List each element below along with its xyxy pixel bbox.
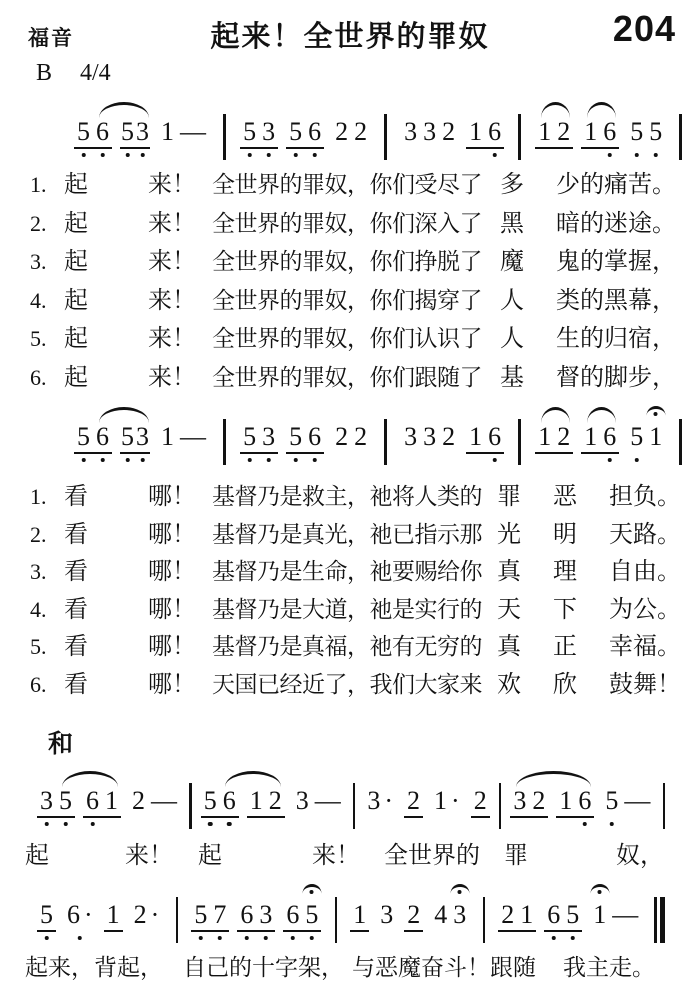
verse-row: 5.起来！全世界的罪奴，你们认识了人生的归宿， [0,321,700,360]
measure: 56123— [197,770,348,818]
beam-group: 16 [466,117,504,149]
measure: 33216 [397,406,508,454]
note: 3 [256,900,275,930]
lyric-syllable: 真 [497,554,521,590]
note-group: 51 [627,422,665,454]
beam-group: 2 [404,786,423,818]
verse-number: 4. [30,283,47,319]
lyric-syllable: 起 [64,283,88,319]
lyric-syllable: 起 [25,838,49,874]
verse-row: 3.起来！全世界的罪奴，你们挣脱了魔鬼的掌握， [0,244,700,283]
verse-number: 1. [30,479,47,515]
lyric-syllable: 基 [500,360,524,396]
note: 5 [56,786,75,816]
note: 3 [510,786,529,816]
beam-group: 12 [535,422,573,454]
note: 2 [404,786,423,816]
lyric-syllable: 起 [64,244,88,280]
augmentation-dot: · [84,900,93,929]
beam-group: 53 [120,117,150,149]
note: 6 [600,117,619,147]
note-group: 332 [401,422,458,454]
lyric-phrase: 我主走。 [563,950,655,986]
verse-block-1: 1.起来！全世界的罪奴，你们受尽了多少的痛苦。 2.起来！全世界的罪奴，你们深入… [0,167,700,398]
lyric-syllable: 明 [553,517,577,553]
note: 3 [37,786,56,816]
barline [353,783,356,829]
barline [189,783,192,829]
note: 1 [590,900,609,930]
note: 6 [600,422,619,452]
slur-arc [225,771,281,787]
note: 4 [431,900,450,930]
beam-group: 16 [466,422,504,454]
note: 5 [120,422,135,452]
lyric-phrase: 担负。 [609,479,681,515]
dash-note: — [312,786,344,816]
note-group: 5— [602,786,653,818]
time-signature: 4/4 [80,60,111,86]
lyric-syllable: 起 [64,321,88,357]
measure: 33216 [397,101,508,149]
lyric-syllable: 哪！ [148,554,196,590]
note-group: 1— [158,117,209,149]
measure: 56·12· [33,884,166,932]
lyric-syllable: 魔 [500,244,524,280]
measure: 535622 [236,406,374,454]
note-group: 2— [129,786,180,818]
note: 2 [266,786,285,816]
lyric-phrase: 全世界的罪奴，你们认识了 [212,321,482,357]
note: 2 [439,422,458,452]
measure: 576365 [187,884,325,932]
augmentation-dot: · [151,900,160,929]
note-group: 22 [332,422,370,454]
note: 5 [120,117,135,147]
note-group: 6· [64,900,96,932]
lyric-syllable: 欢 [497,667,521,703]
verse-number: 3. [30,554,47,590]
lyric-syllable: 来！ [148,360,196,396]
verse-number: 6. [30,360,47,396]
lyric-syllable: 下 [553,592,577,628]
beam-group: 65 [283,900,321,932]
music-line-3-refrain: 35612—56123—3·21·232165— [33,770,665,829]
measure: 35612— [33,770,184,818]
note: 5 [627,422,646,452]
dash-note: — [609,900,641,930]
music-line-1: 56531—53562233216121655 [70,101,682,160]
note: 1 [517,900,536,930]
lyric-phrase: 基督乃是真福，祂有无穷的 [212,629,482,665]
note: 2 [351,422,370,452]
note: 3 [420,422,439,452]
barline [679,114,682,160]
fermata-icon [646,406,665,419]
note: 5 [286,422,305,452]
lyric-syllable: 起 [64,167,88,203]
beam-group: 32 [510,786,548,818]
beam-group: 65 [544,900,582,932]
note: 2 [554,422,573,452]
note: 1 [466,117,485,147]
lyric-syllable: 来！ [148,206,196,242]
note-group: 55 [627,117,665,149]
refrain-lyrics-line-1: 起 来！ 起 来！ 全世界的 罪 奴， [0,838,700,874]
note: 5 [563,900,582,930]
beam-group: 63 [237,900,275,932]
note: 2 [332,422,351,452]
note: 3· [364,786,396,816]
verse-number: 2. [30,206,47,242]
beam-group: 56 [286,117,324,149]
slur-arc [99,407,149,423]
beam-group: 56 [286,422,324,454]
lyric-syllable: 起 [64,206,88,242]
lyric-phrase: 生的归宿， [556,321,676,357]
barline [335,897,338,943]
note: 6 [305,422,324,452]
slur-arc [541,102,570,118]
slur-arc [62,771,118,787]
note: 5 [646,117,665,147]
note: 1 [466,422,485,452]
verse-block-2: 1.看哪！基督乃是救主，祂将人类的罪恶担负。 2.看哪！基督乃是真光，祂已指示那… [0,479,700,704]
note-group: 3· [364,786,396,818]
lyric-syllable: 罪 [504,838,528,874]
barline [499,783,502,829]
note: 1 [102,786,121,816]
note: 1 [535,117,554,147]
note: 2 [129,786,148,816]
lyric-syllable: 来！ [148,321,196,357]
note-group: 1— [590,900,641,932]
lyric-syllable: 来！ [148,167,196,203]
lyric-syllable: 来！ [125,838,173,874]
lyric-syllable: 真 [497,629,521,665]
note: 6· [64,900,96,930]
verse-number: 3. [30,244,47,280]
note: 6 [93,117,112,147]
verse-number: 1. [30,167,47,203]
hymn-title: 起来！全世界的罪奴 [0,14,700,55]
fermata-icon [302,884,321,897]
note: 3 [135,117,150,147]
verse-row: 1.起来！全世界的罪奴，你们受尽了多少的痛苦。 [0,167,700,206]
beam-group: 53 [120,422,150,454]
beam-group: 61 [83,786,121,818]
note: 3 [450,900,469,930]
barline [384,114,387,160]
lyric-syllable: 哪！ [148,629,196,665]
lyric-syllable: 看 [64,667,88,703]
note: 1 [535,422,554,452]
note: 1 [158,117,177,147]
verse-number: 6. [30,667,47,703]
note: 3 [377,900,396,930]
note: 1 [104,900,123,930]
lyric-syllable: 看 [64,592,88,628]
note: 3 [420,117,439,147]
lyric-syllable: 多 [500,167,524,203]
note: 3 [259,117,278,147]
lyric-phrase: 少的痛苦。 [556,167,676,203]
barline [223,419,226,465]
verse-row: 2.起来！全世界的罪奴，你们深入了黑暗的迷途。 [0,206,700,245]
lyric-phrase: 基督乃是生命，祂要赐给你 [212,554,482,590]
beam-group: 1 [350,900,369,932]
note: 6 [220,786,239,816]
barline [663,783,666,829]
measure: 21651— [494,884,645,932]
note: 1 [350,900,369,930]
beam-group: 53 [240,422,278,454]
verse-row: 3.看哪！基督乃是生命，祂要赐给你真理自由。 [0,554,700,592]
dash-note: — [148,786,180,816]
measure: 13243 [346,884,473,932]
lyric-syllable: 看 [64,479,88,515]
barline [384,419,387,465]
lyric-phrase: 为公。 [609,592,681,628]
lyric-phrase: 天国已经近了，我们大家来 [212,667,482,703]
measure: 32165— [506,770,657,818]
lyric-phrase: 与恶魔奋斗！跟随 [352,950,536,986]
dash-note: — [621,786,653,816]
lyric-syllable: 起 [198,838,222,874]
dash-note: — [177,422,209,452]
beam-group: 2 [404,900,423,932]
verse-row: 6.看哪！天国已经近了，我们大家来欢欣鼓舞！ [0,667,700,705]
lyric-syllable: 来！ [148,244,196,280]
fermata-icon [590,884,609,897]
beam-group: 16 [581,117,619,149]
barline [518,114,521,160]
lyric-phrase: 全世界的罪奴，你们揭穿了 [212,283,482,319]
slur-arc [516,771,591,787]
note: 6 [83,786,102,816]
note: 1 [556,786,575,816]
lyric-syllable: 正 [553,629,577,665]
sheet-music-page: { "header": { "category": "福音", "title":… [0,0,700,998]
lyric-syllable: 人 [500,321,524,357]
measure: 535622 [236,101,374,149]
beam-group: 1 [104,900,123,932]
slur-arc [99,102,149,118]
note: 5 [602,786,621,816]
refrain-lyrics-line-2: 起来，背起， 自己的十字架， 与恶魔奋斗！跟随 我主走。 [0,950,700,986]
barline [679,419,682,465]
note-group: 1— [158,422,209,454]
final-barline [654,897,665,943]
note-group: 43 [431,900,469,932]
note: 5 [74,117,93,147]
beam-group: 5 [37,900,56,932]
measure: 56531— [70,406,213,454]
note: 1 [581,422,600,452]
beam-group: 35 [37,786,75,818]
lyric-syllable: 哪！ [148,517,196,553]
lyric-syllable: 人 [500,283,524,319]
lyric-syllable: 来！ [312,838,360,874]
lyric-phrase: 全世界的罪奴，你们受尽了 [212,167,482,203]
note-group: 22 [332,117,370,149]
verse-row: 1.看哪！基督乃是救主，祂将人类的罪恶担负。 [0,479,700,517]
lyric-syllable: 理 [553,554,577,590]
note: 6 [544,900,563,930]
lyric-phrase: 自由。 [609,554,681,590]
key-signature: B4/4 [36,60,111,87]
beam-group: 57 [191,900,229,932]
note-group: 3— [293,786,344,818]
measure: 56531— [70,101,213,149]
lyric-phrase: 基督乃是救主，祂将人类的 [212,479,482,515]
note: 2 [471,786,490,816]
refrain-label: 和 [48,724,73,760]
measure: 121651 [531,406,669,454]
barline [483,897,486,943]
measure: 3·21·2 [360,770,493,818]
note: 6 [485,422,504,452]
note-group: 2· [131,900,163,932]
slur-arc [587,102,616,118]
note: 2 [529,786,548,816]
note: 3 [401,117,420,147]
note: 1 [581,117,600,147]
note: 6 [575,786,594,816]
note: 5 [302,900,321,930]
lyric-syllable: 光 [497,517,521,553]
lyric-syllable: 欣 [553,667,577,703]
note: 7 [210,900,229,930]
note: 1 [646,422,665,452]
note: 5 [37,900,56,930]
note: 2 [439,117,458,147]
note: 1 [247,786,266,816]
note: 5 [191,900,210,930]
fermata-icon [450,884,469,897]
barline [223,114,226,160]
verse-number: 5. [30,629,47,665]
note-group: 332 [401,117,458,149]
lyric-phrase: 全世界的罪奴，你们挣脱了 [212,244,482,280]
lyric-syllable: 奴， [616,838,664,874]
note: 2· [131,900,163,930]
lyric-syllable: 罪 [497,479,521,515]
lyric-phrase: 起来，背起， [25,950,163,986]
lyric-phrase: 鬼的掌握， [556,244,676,280]
note: 6 [485,117,504,147]
note: 6 [305,117,324,147]
beam-group: 21 [498,900,536,932]
note: 1· [431,786,463,816]
beam-group: 16 [581,422,619,454]
beam-group: 53 [240,117,278,149]
slur-arc [541,407,570,423]
key-letter: B [36,60,52,86]
lyric-syllable: 哪！ [148,479,196,515]
beam-group: 56 [74,117,112,149]
lyric-syllable: 起 [64,360,88,396]
measure: 121655 [531,101,669,149]
verse-row: 2.看哪！基督乃是真光，祂已指示那光明天路。 [0,517,700,555]
lyric-syllable: 黑 [500,206,524,242]
lyric-syllable: 看 [64,554,88,590]
note: 3 [259,422,278,452]
note-group: 1· [431,786,463,818]
note: 3 [293,786,312,816]
lyric-syllable: 看 [64,517,88,553]
verse-number: 2. [30,517,47,553]
beam-group: 16 [556,786,594,818]
beam-group: 2 [471,786,490,818]
verse-row: 5.看哪！基督乃是真福，祂有无穷的真正幸福。 [0,629,700,667]
lyric-phrase: 天路。 [609,517,681,553]
note: 2 [554,117,573,147]
beam-group: 56 [201,786,239,818]
lyric-phrase: 类的黑幕， [556,283,676,319]
note: 3 [401,422,420,452]
note: 5 [74,422,93,452]
dash-note: — [177,117,209,147]
lyric-phrase: 基督乃是真光，祂已指示那 [212,517,482,553]
barline [176,897,179,943]
verse-row: 4.起来！全世界的罪奴，你们揭穿了人类的黑幕， [0,283,700,322]
lyric-phrase: 基督乃是大道，祂是实行的 [212,592,482,628]
note: 2 [351,117,370,147]
note: 1 [158,422,177,452]
note: 5 [627,117,646,147]
barline [518,419,521,465]
note: 2 [404,900,423,930]
note-group: 3 [377,900,396,932]
verse-number: 5. [30,321,47,357]
lyric-syllable: 看 [64,629,88,665]
note: 5 [201,786,220,816]
lyric-syllable: 哪！ [148,592,196,628]
music-line-2: 56531—53562233216121651 [70,406,682,465]
note: 6 [237,900,256,930]
hymn-number: 204 [613,8,676,50]
lyric-phrase: 暗的迷途。 [556,206,676,242]
verse-row: 4.看哪！基督乃是大道，祂是实行的天下为公。 [0,592,700,630]
lyric-phrase: 全世界的罪奴，你们深入了 [212,206,482,242]
lyric-phrase: 自己的十字架， [183,950,344,986]
slur-arc [587,407,616,423]
lyric-phrase: 鼓舞！ [609,667,681,703]
augmentation-dot: · [384,786,393,815]
lyric-syllable: 恶 [553,479,577,515]
beam-group: 56 [74,422,112,454]
note: 2 [498,900,517,930]
note: 5 [240,422,259,452]
lyric-phrase: 全世界的 [384,838,480,874]
music-line-4-refrain: 56·12·5763651324321651— [33,884,665,943]
note: 3 [135,422,150,452]
note: 5 [240,117,259,147]
note: 5 [286,117,305,147]
lyric-phrase: 督的脚步， [556,360,676,396]
note: 2 [332,117,351,147]
augmentation-dot: · [451,786,460,815]
lyric-syllable: 哪！ [148,667,196,703]
lyric-phrase: 幸福。 [609,629,681,665]
note: 6 [93,422,112,452]
note: 6 [283,900,302,930]
verse-row: 6.起来！全世界的罪奴，你们跟随了基督的脚步， [0,360,700,399]
lyric-syllable: 天 [497,592,521,628]
lyric-syllable: 来！ [148,283,196,319]
beam-group: 12 [535,117,573,149]
